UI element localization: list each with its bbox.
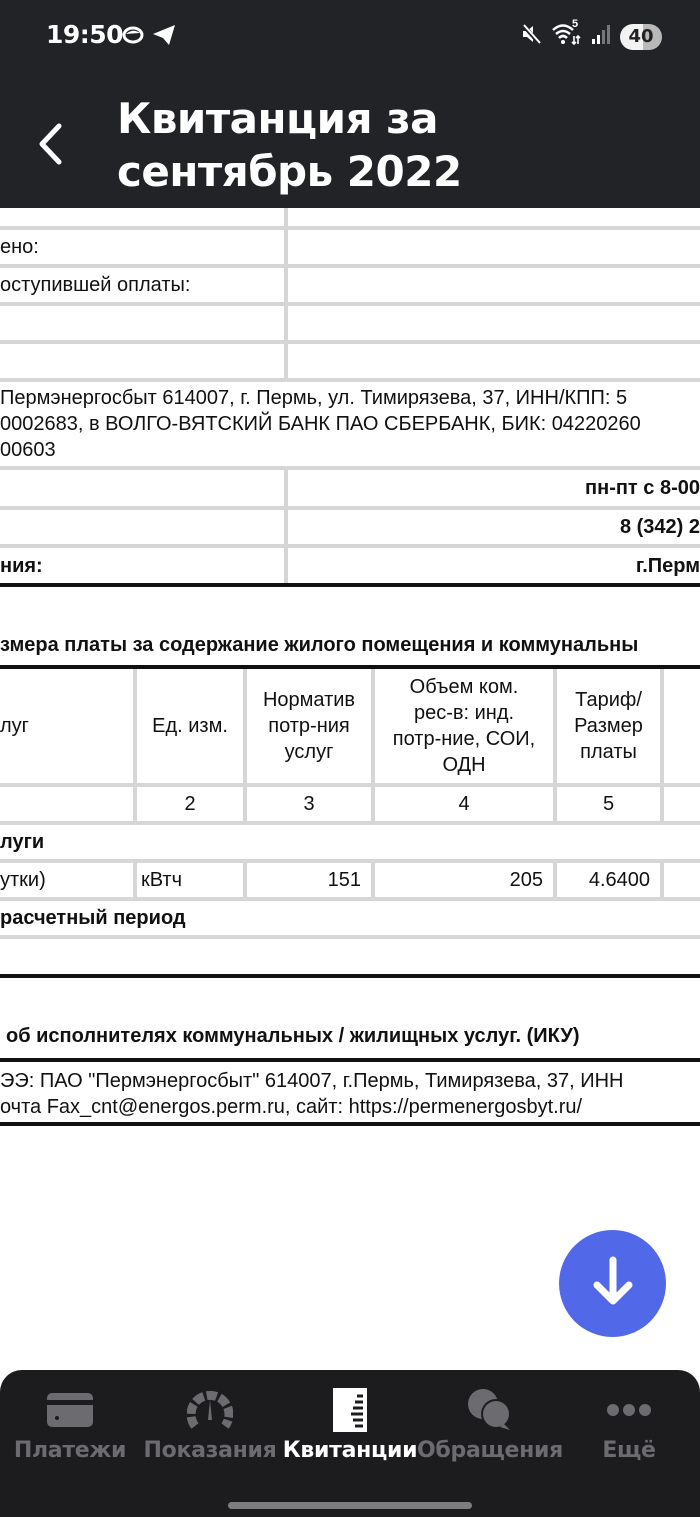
section-divider [0, 1122, 700, 1126]
info-label [0, 208, 288, 230]
info-label [0, 344, 288, 382]
contact-row: пн-пт с 8-00 [0, 466, 700, 510]
col-header-extra [664, 669, 700, 787]
receipt-icon [331, 1388, 369, 1432]
info-value [288, 230, 700, 268]
col-number: 3 [247, 787, 375, 825]
battery-indicator: 40 [620, 24, 662, 50]
contact-city: г.Перм [288, 548, 700, 584]
nav-label: Показания [144, 1438, 277, 1463]
info-value [288, 344, 700, 382]
col-header-service: луг [0, 669, 137, 787]
info-row: ено: [0, 230, 700, 268]
contact-label [0, 470, 288, 510]
info-row [0, 344, 700, 382]
table-empty-row [0, 939, 700, 975]
info-value [288, 268, 700, 306]
table-period-title: расчетный период [0, 901, 700, 939]
info-row: оступившей оплаты: [0, 268, 700, 306]
nav-item-more[interactable]: Ещё [596, 1388, 662, 1463]
nav-label: Ещё [602, 1438, 655, 1463]
section-divider [0, 974, 700, 978]
contact-row: 8 (342) 2 [0, 510, 700, 548]
download-button[interactable] [559, 1230, 666, 1337]
card-icon [47, 1388, 93, 1432]
cell-service: утки) [0, 863, 137, 901]
wifi-label: 5 [572, 18, 578, 30]
gauge-icon [187, 1388, 233, 1432]
status-time: 19:50 [46, 20, 123, 49]
wifi-icon: 5 [552, 22, 582, 51]
status-right-icons: 5 40 [520, 22, 662, 51]
status-left-icons [122, 24, 176, 51]
col-number: 2 [137, 787, 247, 825]
col-number [0, 787, 137, 825]
app-header: 19:50 5 40 Квитанция за сентябрь 2022 [0, 0, 700, 208]
executor-line: ЭЭ: ПАО "Пермэнергосбыт" 614007, г.Пермь… [0, 1068, 700, 1094]
more-dots-icon [606, 1388, 652, 1432]
info-row [0, 208, 700, 230]
payee-line: 00603 [0, 437, 700, 463]
bottom-navigation: Платежи Показания Квитанции Обращения Ещ… [0, 1370, 700, 1517]
arrow-down-icon [586, 1254, 640, 1313]
section-divider [0, 1058, 700, 1062]
home-indicator[interactable] [228, 1502, 472, 1509]
contact-hours: пн-пт с 8-00 [288, 470, 700, 510]
cell-extra [664, 863, 700, 901]
nav-item-receipts[interactable]: Квитанции [286, 1388, 414, 1463]
table-header-row: луг Ед. изм. Норматив потр-ния услуг Объ… [0, 669, 700, 787]
cell-tariff: 4.6400 [557, 863, 664, 901]
info-label: оступившей оплаты: [0, 268, 288, 306]
info-value [288, 208, 700, 230]
info-label [0, 306, 288, 344]
col-header-tariff: Тариф/ Размер платы [557, 669, 664, 787]
info-label: ено: [0, 230, 288, 268]
moon-cup-icon [122, 25, 144, 50]
table-row: утки) кВтч 151 205 4.6400 [0, 863, 700, 901]
contact-row: ния: г.Перм [0, 548, 700, 584]
contact-label: ния: [0, 548, 288, 584]
nav-item-payments[interactable]: Платежи [18, 1388, 122, 1463]
cell-norm: 151 [247, 863, 375, 901]
col-number: 5 [557, 787, 664, 825]
mute-icon [520, 23, 542, 50]
signal-icon [592, 24, 610, 49]
nav-item-readings[interactable]: Показания [146, 1388, 274, 1463]
telegram-icon [152, 24, 176, 51]
info-row [0, 306, 700, 344]
nav-label: Платежи [14, 1438, 126, 1463]
cell-unit: кВтч [137, 863, 247, 901]
column-number-row: 2 3 4 5 [0, 787, 700, 825]
nav-label: Обращения [417, 1438, 563, 1463]
col-number: 4 [375, 787, 557, 825]
page-title: Квитанция за сентябрь 2022 [117, 92, 462, 198]
col-header-volume: Объем ком. рес-в: инд. потр-ние, СОИ, ОД… [375, 669, 557, 787]
executors-section-title: об исполнителях коммунальных / жилищных … [6, 1025, 580, 1048]
executors-details: ЭЭ: ПАО "Пермэнергосбыт" 614007, г.Пермь… [0, 1068, 700, 1120]
contact-phone: 8 (342) 2 [288, 510, 700, 548]
page-title-line: Квитанция за [117, 92, 462, 145]
back-button[interactable] [28, 118, 72, 174]
nav-item-requests[interactable]: Обращения [424, 1388, 556, 1463]
nav-label: Квитанции [283, 1438, 418, 1463]
executor-line: очта Fax_cnt@energos.perm.ru, сайт: http… [0, 1094, 700, 1120]
col-header-norm: Норматив потр-ния услуг [247, 669, 375, 787]
chevron-left-icon [37, 123, 63, 170]
section-divider [0, 583, 700, 587]
calc-section-title: змера платы за содержание жилого помещен… [0, 634, 638, 657]
payee-line: Пермэнергосбыт 614007, г. Пермь, ул. Тим… [0, 385, 700, 411]
col-header-unit: Ед. изм. [137, 669, 247, 787]
payee-details: Пермэнергосбыт 614007, г. Пермь, ул. Тим… [0, 385, 700, 463]
cell-volume: 205 [375, 863, 557, 901]
col-number [664, 787, 700, 825]
table-group-title: луги [0, 825, 700, 863]
payee-line: 0002683, в ВОЛГО-ВЯТСКИЙ БАНК ПАО СБЕРБА… [0, 411, 700, 437]
chat-bubbles-icon [466, 1388, 514, 1432]
contact-label [0, 510, 288, 548]
info-value [288, 306, 700, 344]
page-title-line: сентябрь 2022 [117, 145, 462, 198]
